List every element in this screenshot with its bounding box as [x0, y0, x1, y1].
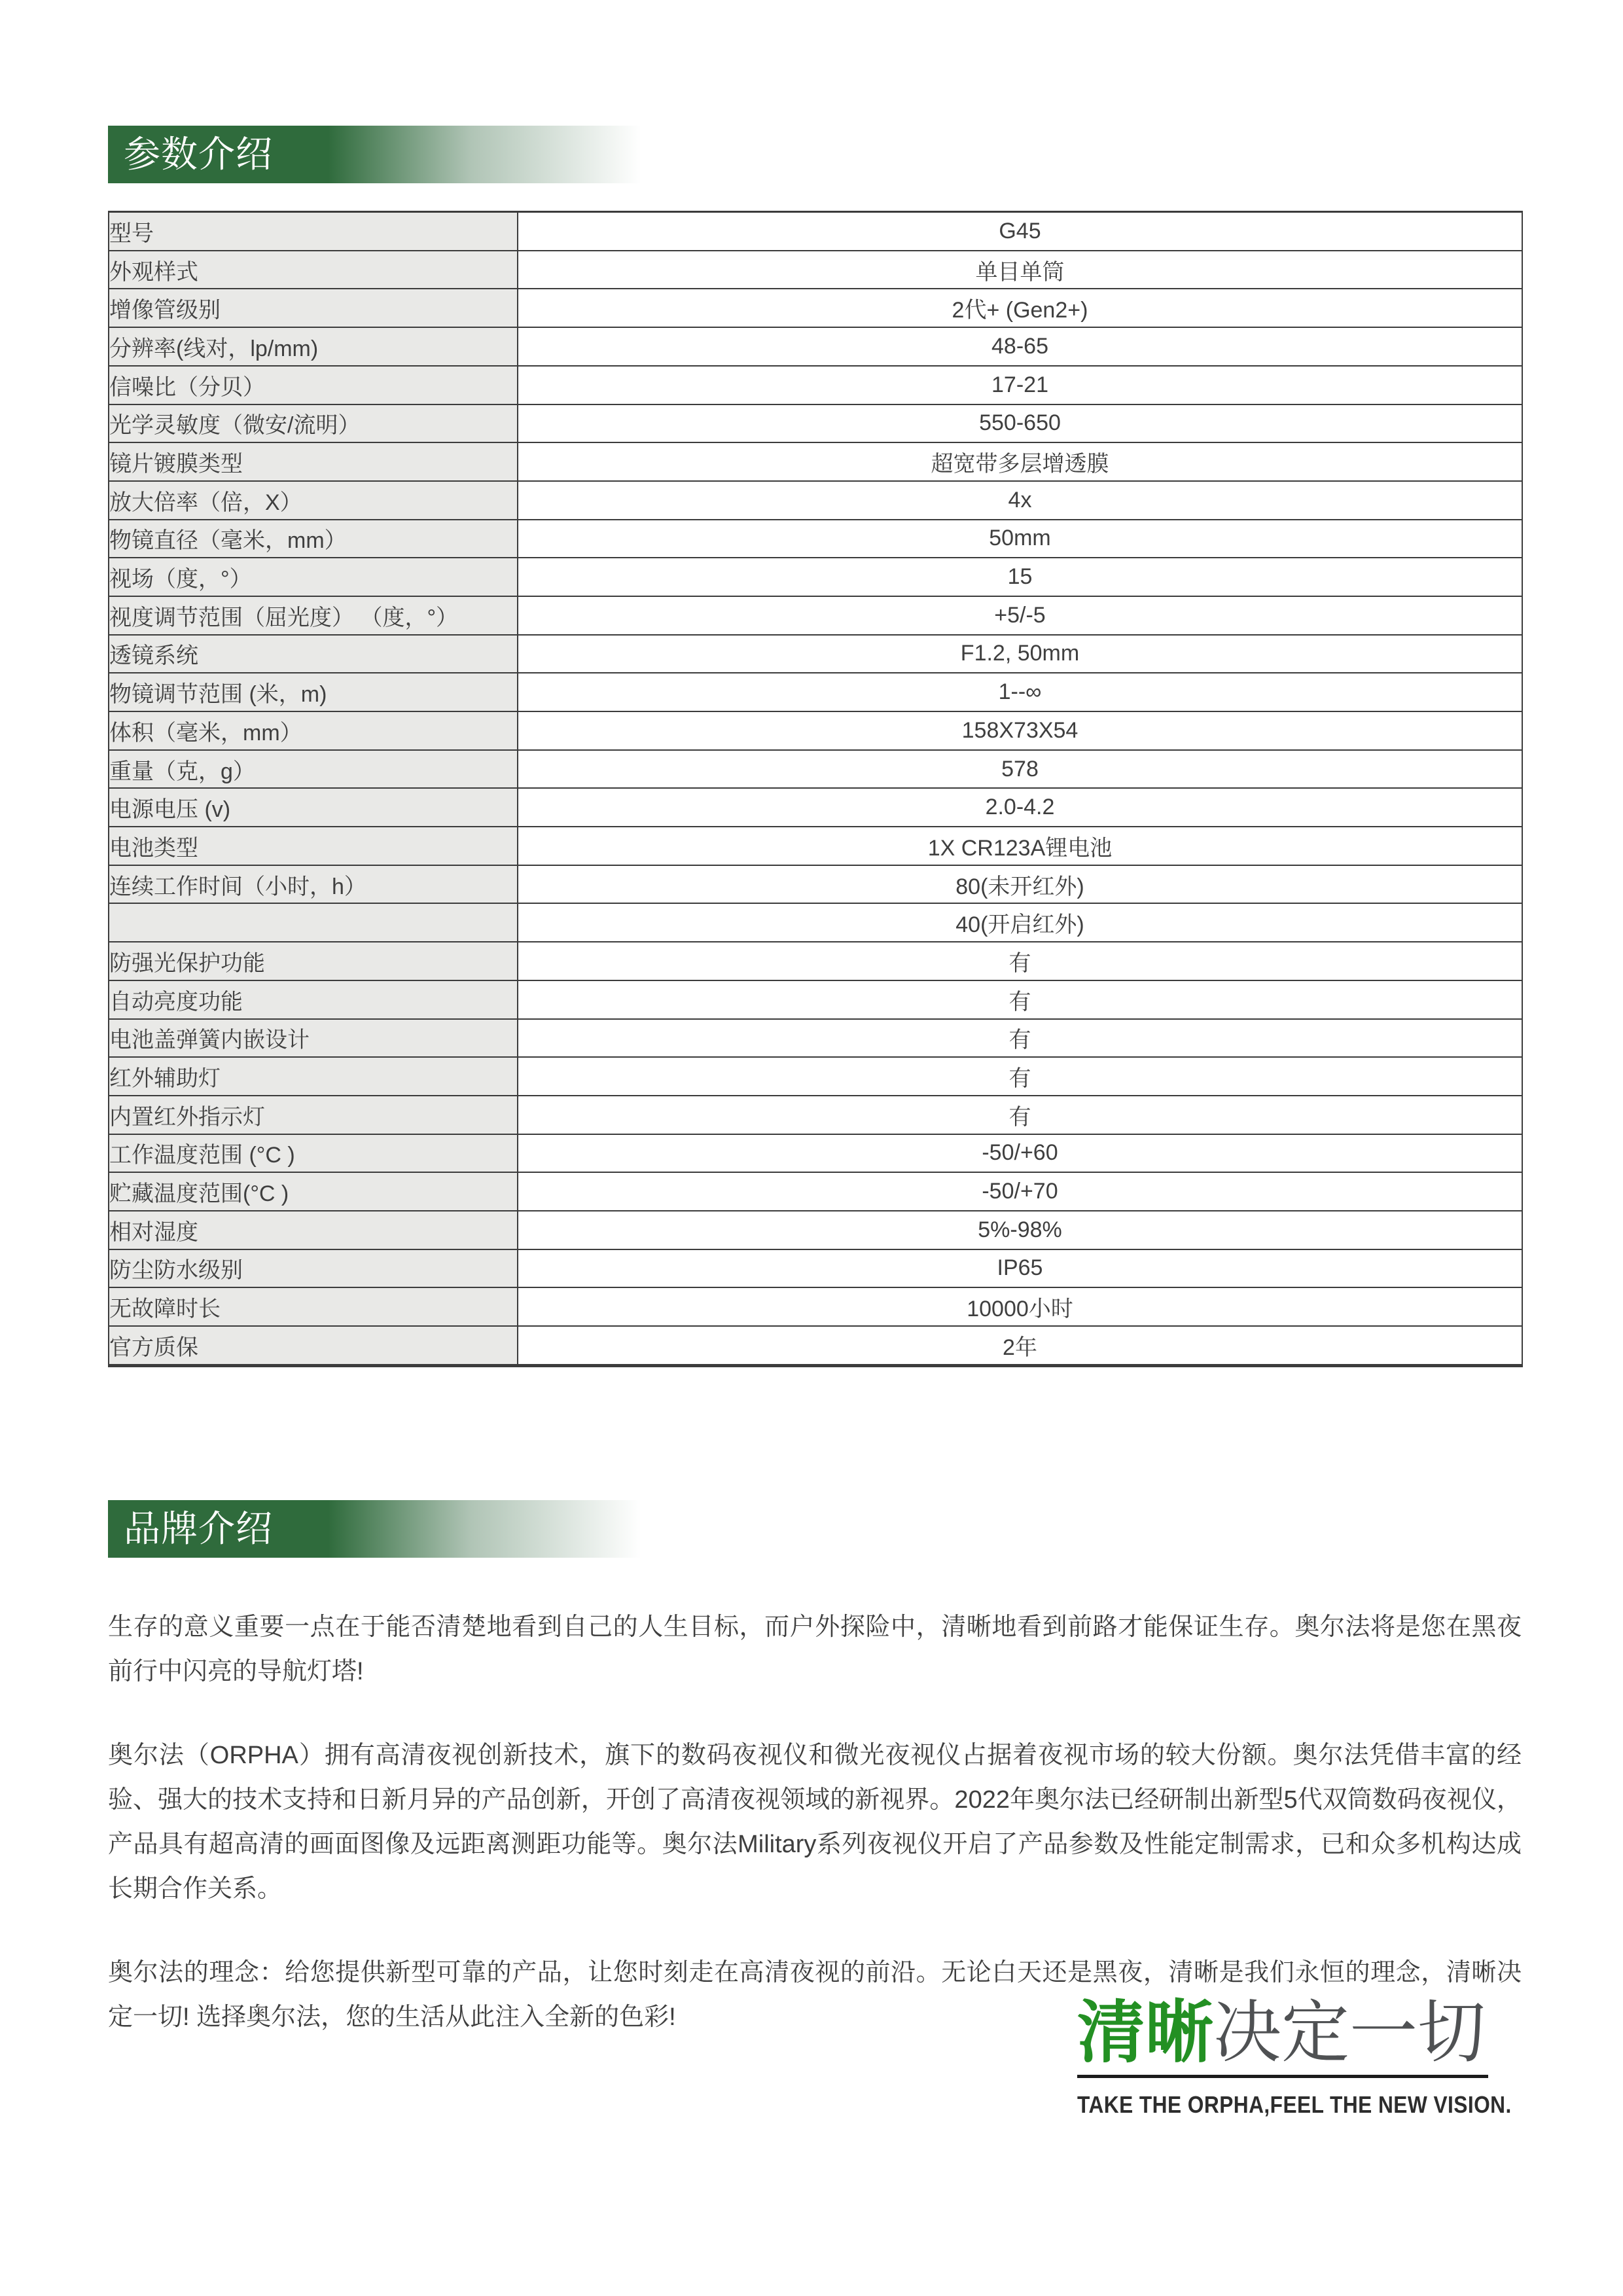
- spec-value-cell: 单目单筒: [518, 251, 1522, 289]
- spec-table: 型号 G45 外观样式 单目单筒 增像管级别 2代+ (Gen2+) 分辨率(线…: [108, 211, 1523, 1367]
- brand-paragraph: 奥尔法（ORPHA）拥有高清夜视创新技术，旗下的数码夜视仪和微光夜视仪占据着夜视…: [108, 1733, 1522, 1911]
- table-row: 电池类型 1X CR123A锂电池: [109, 827, 1522, 865]
- table-row: 透镜系统 F1.2, 50mm: [109, 635, 1522, 673]
- spec-value-cell: 158X73X54: [518, 711, 1522, 750]
- table-row: 贮藏温度范围(°C ) -50/+70: [109, 1172, 1522, 1211]
- table-row: 外观样式 单目单筒: [109, 251, 1522, 289]
- spec-label-cell: 重量（克，g）: [109, 750, 518, 789]
- spec-label-cell: 红外辅助灯: [109, 1057, 518, 1096]
- table-row: 视场（度，°） 15: [109, 558, 1522, 596]
- brand-section-title: 品牌介绍: [108, 1500, 658, 1558]
- spec-label-cell: 自动亮度功能: [109, 980, 518, 1019]
- table-row: 防强光保护功能 有: [109, 942, 1522, 980]
- spec-value-cell: F1.2, 50mm: [518, 635, 1522, 673]
- table-row: 体积（毫米，mm） 158X73X54: [109, 711, 1522, 750]
- table-row: 连续工作时间（小时，h） 80(未开红外): [109, 865, 1522, 904]
- spec-label-cell: 电池类型: [109, 827, 518, 865]
- table-row: 官方质保 2年: [109, 1326, 1522, 1366]
- table-row: 重量（克，g） 578: [109, 750, 1522, 789]
- spec-value-cell: 48-65: [518, 327, 1522, 366]
- spec-value-cell: 1X CR123A锂电池: [518, 827, 1522, 865]
- table-row: 型号 G45: [109, 212, 1522, 251]
- spec-value-cell: 40(开启红外): [518, 903, 1522, 942]
- spec-value-cell: 50mm: [518, 520, 1522, 558]
- table-row: 内置红外指示灯 有: [109, 1096, 1522, 1134]
- spec-label-cell: 物镜调节范围 (米，m): [109, 673, 518, 711]
- table-row: 电池盖弹簧内嵌设计 有: [109, 1019, 1522, 1058]
- table-row: 放大倍率（倍，X） 4x: [109, 481, 1522, 520]
- spec-value-cell: -50/+60: [518, 1134, 1522, 1173]
- spec-label-cell: 工作温度范围 (°C ): [109, 1134, 518, 1173]
- spec-label-cell: 外观样式: [109, 251, 518, 289]
- table-row: 红外辅助灯 有: [109, 1057, 1522, 1096]
- table-row: 物镜直径（毫米，mm） 50mm: [109, 520, 1522, 558]
- slogan-rest-text: 决定一切: [1213, 1995, 1486, 2071]
- spec-value-cell: 超宽带多层增透膜: [518, 442, 1522, 481]
- spec-value-cell: -50/+70: [518, 1172, 1522, 1211]
- params-section-header: 参数介绍: [108, 126, 658, 183]
- spec-label-cell: 视度调节范围（屈光度） （度，°）: [109, 596, 518, 635]
- spec-value-cell: 80(未开红外): [518, 865, 1522, 904]
- spec-value-cell: 4x: [518, 481, 1522, 520]
- spec-table-container: 型号 G45 外观样式 单目单筒 增像管级别 2代+ (Gen2+) 分辨率(线…: [108, 211, 1523, 1367]
- spec-label-cell: 光学灵敏度（微安/流明）: [109, 404, 518, 443]
- spec-value-cell: 有: [518, 1019, 1522, 1058]
- spec-label-cell: 电源电压 (v): [109, 788, 518, 827]
- brand-paragraph: 生存的意义重要一点在于能否清楚地看到自己的人生目标，而户外探险中，清晰地看到前路…: [108, 1605, 1522, 1694]
- spec-value-cell: 5%-98%: [518, 1211, 1522, 1249]
- spec-label-cell: 透镜系统: [109, 635, 518, 673]
- spec-label-cell: 增像管级别: [109, 289, 518, 327]
- spec-label-cell: 电池盖弹簧内嵌设计: [109, 1019, 518, 1058]
- slogan-lockup: 清晰决定一切 TAKE THE ORPHA,FEEL THE NEW VISIO…: [1077, 1998, 1488, 2119]
- spec-label-cell: 防强光保护功能: [109, 942, 518, 980]
- spec-label-cell: 视场（度，°）: [109, 558, 518, 596]
- table-row: 自动亮度功能 有: [109, 980, 1522, 1019]
- spec-value-cell: 17-21: [518, 366, 1522, 404]
- spec-value-cell: 15: [518, 558, 1522, 596]
- table-row: 无故障时长 10000小时: [109, 1287, 1522, 1326]
- brand-section-header: 品牌介绍: [108, 1500, 658, 1558]
- spec-label-cell: [109, 903, 518, 942]
- table-row: 电源电压 (v) 2.0-4.2: [109, 788, 1522, 827]
- spec-label-cell: 无故障时长: [109, 1287, 518, 1326]
- table-row: 工作温度范围 (°C ) -50/+60: [109, 1134, 1522, 1173]
- table-row: 分辨率(线对，lp/mm) 48-65: [109, 327, 1522, 366]
- spec-label-cell: 信噪比（分贝）: [109, 366, 518, 404]
- table-row: 物镜调节范围 (米，m) 1--∞: [109, 673, 1522, 711]
- spec-label-cell: 物镜直径（毫米，mm）: [109, 520, 518, 558]
- table-row: 光学灵敏度（微安/流明） 550-650: [109, 404, 1522, 443]
- spec-label-cell: 放大倍率（倍，X）: [109, 481, 518, 520]
- slogan-chinese: 清晰决定一切: [1077, 1998, 1488, 2068]
- spec-value-cell: 2年: [518, 1326, 1522, 1366]
- spec-value-cell: 2.0-4.2: [518, 788, 1522, 827]
- spec-value-cell: 578: [518, 750, 1522, 789]
- slogan-highlight-text: 清晰: [1077, 1995, 1213, 2071]
- params-section-title: 参数介绍: [108, 126, 658, 183]
- spec-value-cell: 2代+ (Gen2+): [518, 289, 1522, 327]
- spec-label-cell: 贮藏温度范围(°C ): [109, 1172, 518, 1211]
- table-row: 40(开启红外): [109, 903, 1522, 942]
- table-row: 增像管级别 2代+ (Gen2+): [109, 289, 1522, 327]
- spec-label-cell: 内置红外指示灯: [109, 1096, 518, 1134]
- spec-label-cell: 防尘防水级别: [109, 1249, 518, 1288]
- spec-value-cell: 550-650: [518, 404, 1522, 443]
- spec-value-cell: 有: [518, 980, 1522, 1019]
- spec-value-cell: 10000小时: [518, 1287, 1522, 1326]
- table-row: 镜片镀膜类型 超宽带多层增透膜: [109, 442, 1522, 481]
- table-row: 信噪比（分贝） 17-21: [109, 366, 1522, 404]
- table-row: 防尘防水级别 IP65: [109, 1249, 1522, 1288]
- spec-sheet-page: 参数介绍 型号 G45 外观样式 单目单筒 增像管级别 2代+ (Gen2+): [0, 0, 1623, 2296]
- spec-label-cell: 体积（毫米，mm）: [109, 711, 518, 750]
- table-row: 相对湿度 5%-98%: [109, 1211, 1522, 1249]
- spec-value-cell: IP65: [518, 1249, 1522, 1288]
- spec-value-cell: +5/-5: [518, 596, 1522, 635]
- spec-label-cell: 官方质保: [109, 1326, 518, 1366]
- spec-value-cell: G45: [518, 212, 1522, 251]
- spec-label-cell: 镜片镀膜类型: [109, 442, 518, 481]
- spec-label-cell: 连续工作时间（小时，h）: [109, 865, 518, 904]
- spec-value-cell: 有: [518, 1096, 1522, 1134]
- slogan-english-tagline: TAKE THE ORPHA,FEEL THE NEW VISION.: [1077, 2091, 1439, 2119]
- table-row: 视度调节范围（屈光度） （度，°） +5/-5: [109, 596, 1522, 635]
- spec-label-cell: 分辨率(线对，lp/mm): [109, 327, 518, 366]
- slogan-divider: [1077, 2075, 1488, 2078]
- spec-label-cell: 相对湿度: [109, 1211, 518, 1249]
- spec-value-cell: 有: [518, 1057, 1522, 1096]
- spec-label-cell: 型号: [109, 212, 518, 251]
- spec-value-cell: 有: [518, 942, 1522, 980]
- spec-value-cell: 1--∞: [518, 673, 1522, 711]
